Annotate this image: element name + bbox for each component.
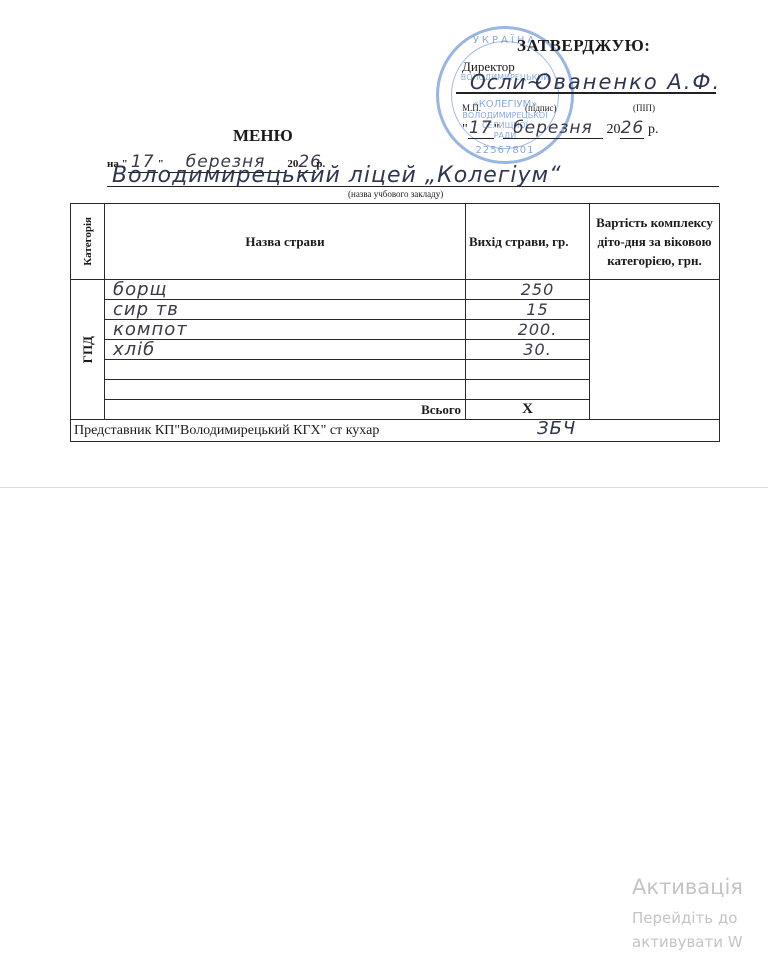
director-signature: Осли~ — [470, 70, 544, 94]
header-category-label: Категорія — [82, 217, 94, 266]
header-category: Категорія — [71, 204, 105, 280]
cook-signature: ЗБЧ — [537, 418, 576, 439]
activation-watermark-line1: Перейдіть до — [632, 909, 737, 927]
director-name: Ованенко А.Ф. — [535, 70, 721, 94]
director-signature-line — [456, 92, 716, 94]
school-caption: (назва учбового закладу) — [348, 189, 443, 199]
school-name-line — [107, 186, 719, 187]
pib-caption: (ПІП) — [633, 103, 655, 113]
category-label: ГПД — [80, 336, 96, 363]
table-header-row: Категорія Назва страви Вихід страви, гр.… — [71, 204, 720, 280]
dish-yield: 15 — [466, 300, 590, 320]
dish-yield — [466, 360, 590, 380]
cost-cell — [590, 280, 720, 420]
school-name: Володимирецький ліцей „Колегіум“ — [112, 163, 562, 188]
dish-yield: 200. — [466, 320, 590, 340]
dish-name: компот — [105, 320, 466, 340]
header-yield: Вихід страви, гр. — [466, 204, 590, 280]
dish-name: борщ — [105, 280, 466, 300]
category-cell: ГПД — [71, 280, 105, 420]
approval-day: 17 — [468, 118, 494, 139]
approval-title: ЗАТВЕРДЖУЮ: — [517, 36, 650, 56]
menu-table: Категорія Назва страви Вихід страви, гр.… — [70, 203, 720, 442]
approval-date: "17" березня 2026 р. — [462, 118, 658, 139]
table-row: ГПД борщ 250 — [71, 280, 720, 300]
page-edge-divider — [0, 487, 768, 488]
header-cost: Вартість комплексу діто-дня за віковою к… — [590, 204, 720, 280]
menu-title: МЕНЮ — [233, 126, 293, 146]
footer-row: Представник КП"Володимирецький КГХ" ст к… — [71, 420, 720, 442]
approval-month: березня — [503, 118, 603, 139]
signature-caption: (підпис) — [525, 103, 557, 113]
total-value: Х — [466, 400, 590, 420]
dish-name — [105, 380, 466, 400]
year-suffix: р. — [648, 122, 659, 137]
mp-label: М.П. — [462, 103, 481, 113]
approval-year: 26 — [620, 118, 644, 139]
dish-name: хліб — [105, 340, 466, 360]
dish-name: сир тв — [105, 300, 466, 320]
dish-name — [105, 360, 466, 380]
dish-yield: 250 — [466, 280, 590, 300]
activation-watermark-title: Активація — [632, 875, 743, 899]
dish-yield: 30. — [466, 340, 590, 360]
total-label: Всього — [105, 400, 466, 420]
quote: " — [494, 122, 500, 137]
activation-watermark-line2: активувати W — [632, 933, 743, 951]
stamp-code: 22567801 — [439, 145, 571, 156]
representative-text: Представник КП"Володимирецький КГХ" ст к… — [71, 420, 720, 442]
dish-yield — [466, 380, 590, 400]
header-dish-name: Назва страви — [105, 204, 466, 280]
year-prefix: 20 — [606, 122, 620, 137]
